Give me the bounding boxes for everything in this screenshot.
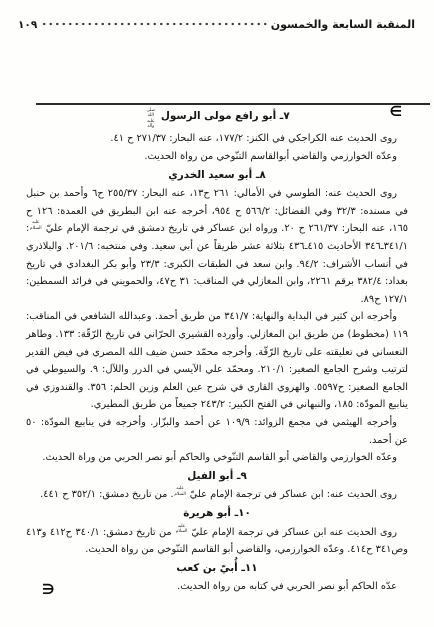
- honorific-mark: صلى الله عليه وآله: [144, 108, 157, 129]
- text-run: ١١ـ أُبيّ بن كعب: [176, 562, 257, 574]
- page-number: ١٠٩: [18, 18, 37, 32]
- text-run: وعدّه الخوارزمي والقاضي أبو القاسم التنّ…: [42, 452, 397, 463]
- text-run: روى الحديث عنه الكراجكي في الكنز: ١٧٧/٢،…: [110, 133, 397, 144]
- paragraph: روى الحديث عنه الكراجكي في الكنز: ١٧٧/٢،…: [26, 130, 408, 148]
- text-run: ٩ـ أبو الفيل: [187, 470, 247, 482]
- section-heading: ٨ـ أبو سعيد الخدري: [26, 167, 408, 185]
- text-run: : ٣٤١/١ـ٣٤٦ الأحاديث ٤١٥ـ٤٣٦ بثلاثة عشر …: [26, 223, 408, 304]
- text-run: وأخرجه ابن كثير في البداية والنهاية: ٣٤١…: [26, 311, 408, 410]
- page-body: ٧ـ أبو رافع مولى الرسول صلى الله عليه وآ…: [26, 107, 408, 596]
- text-run: روى الحديث عنه: ابن عساكر في ترجمة الإما…: [187, 489, 397, 500]
- text-run: وعدّه الخوارزمي والقاضي أبوالقاسم التنّو…: [144, 151, 397, 162]
- header-rule: [36, 103, 430, 105]
- book-page: المنقبة السابعة والخمسون ١٠٩ ∋ ٧ـ أبو را…: [0, 0, 434, 627]
- paragraph: روى الحديث عنه: الطوسي في الأمالي: ٢٦١ ح…: [26, 185, 408, 308]
- paragraph: روى الحديث عنه ابن عساكر في ترجمة الإمام…: [26, 524, 408, 559]
- honorific-mark: عليه السلام: [174, 486, 187, 497]
- text-run: عدّه الحاكم أبو نصر الحربي في كتابه من ر…: [177, 581, 397, 592]
- honorific-mark: عليه السلام: [175, 524, 188, 535]
- dotted-leader: [41, 18, 267, 32]
- running-header: المنقبة السابعة والخمسون ١٠٩: [18, 18, 415, 32]
- paragraph: روى الحديث عنه: ابن عساكر في ترجمة الإما…: [26, 486, 408, 504]
- paragraph: وأخرجه الهيثمي في مجمع الزوائد: ١٠٩/٩ عن…: [26, 414, 408, 449]
- section-heading: ٧ـ أبو رافع مولى الرسول صلى الله عليه وآ…: [26, 108, 408, 129]
- section-heading: ١٠ـ أبو هريرة: [26, 505, 408, 523]
- text-run: روى الحديث عنه ابن عساكر في ترجمة الإمام…: [188, 527, 397, 538]
- paragraph: عدّه الحاكم أبو نصر الحربي في كتابه من ر…: [26, 578, 408, 596]
- text-run: روى الحديث عنه: الطوسي في الأمالي: ٢٦١ ح…: [26, 188, 408, 234]
- text-run: . من تاريخ دمشق: ٣٥٢/١ ح ٤٤١.: [40, 489, 173, 500]
- honorific-mark: عليه السلام: [29, 220, 42, 231]
- text-run: ١٠ـ أبو هريرة: [183, 507, 251, 519]
- paragraph: وعدّه الخوارزمي والقاضي أبوالقاسم التنّو…: [26, 148, 408, 166]
- text-run: ٨ـ أبو سعيد الخدري: [168, 169, 266, 181]
- paragraph: وأخرجه ابن كثير في البداية والنهاية: ٣٤١…: [26, 308, 408, 414]
- paragraph: وعدّه الخوارزمي والقاضي أبو القاسم التنّ…: [26, 449, 408, 467]
- section-heading: ١١ـ أُبيّ بن كعب: [26, 560, 408, 578]
- text-run: وأخرجه الهيثمي في مجمع الزوائد: ١٠٩/٩ عن…: [26, 417, 408, 446]
- text-run: ٧ـ أبو رافع مولى الرسول: [157, 110, 289, 122]
- running-title: المنقبة السابعة والخمسون: [271, 18, 415, 32]
- binder-mark-bottom-icon: ∈: [42, 584, 55, 596]
- section-heading: ٩ـ أبو الفيل: [26, 468, 408, 486]
